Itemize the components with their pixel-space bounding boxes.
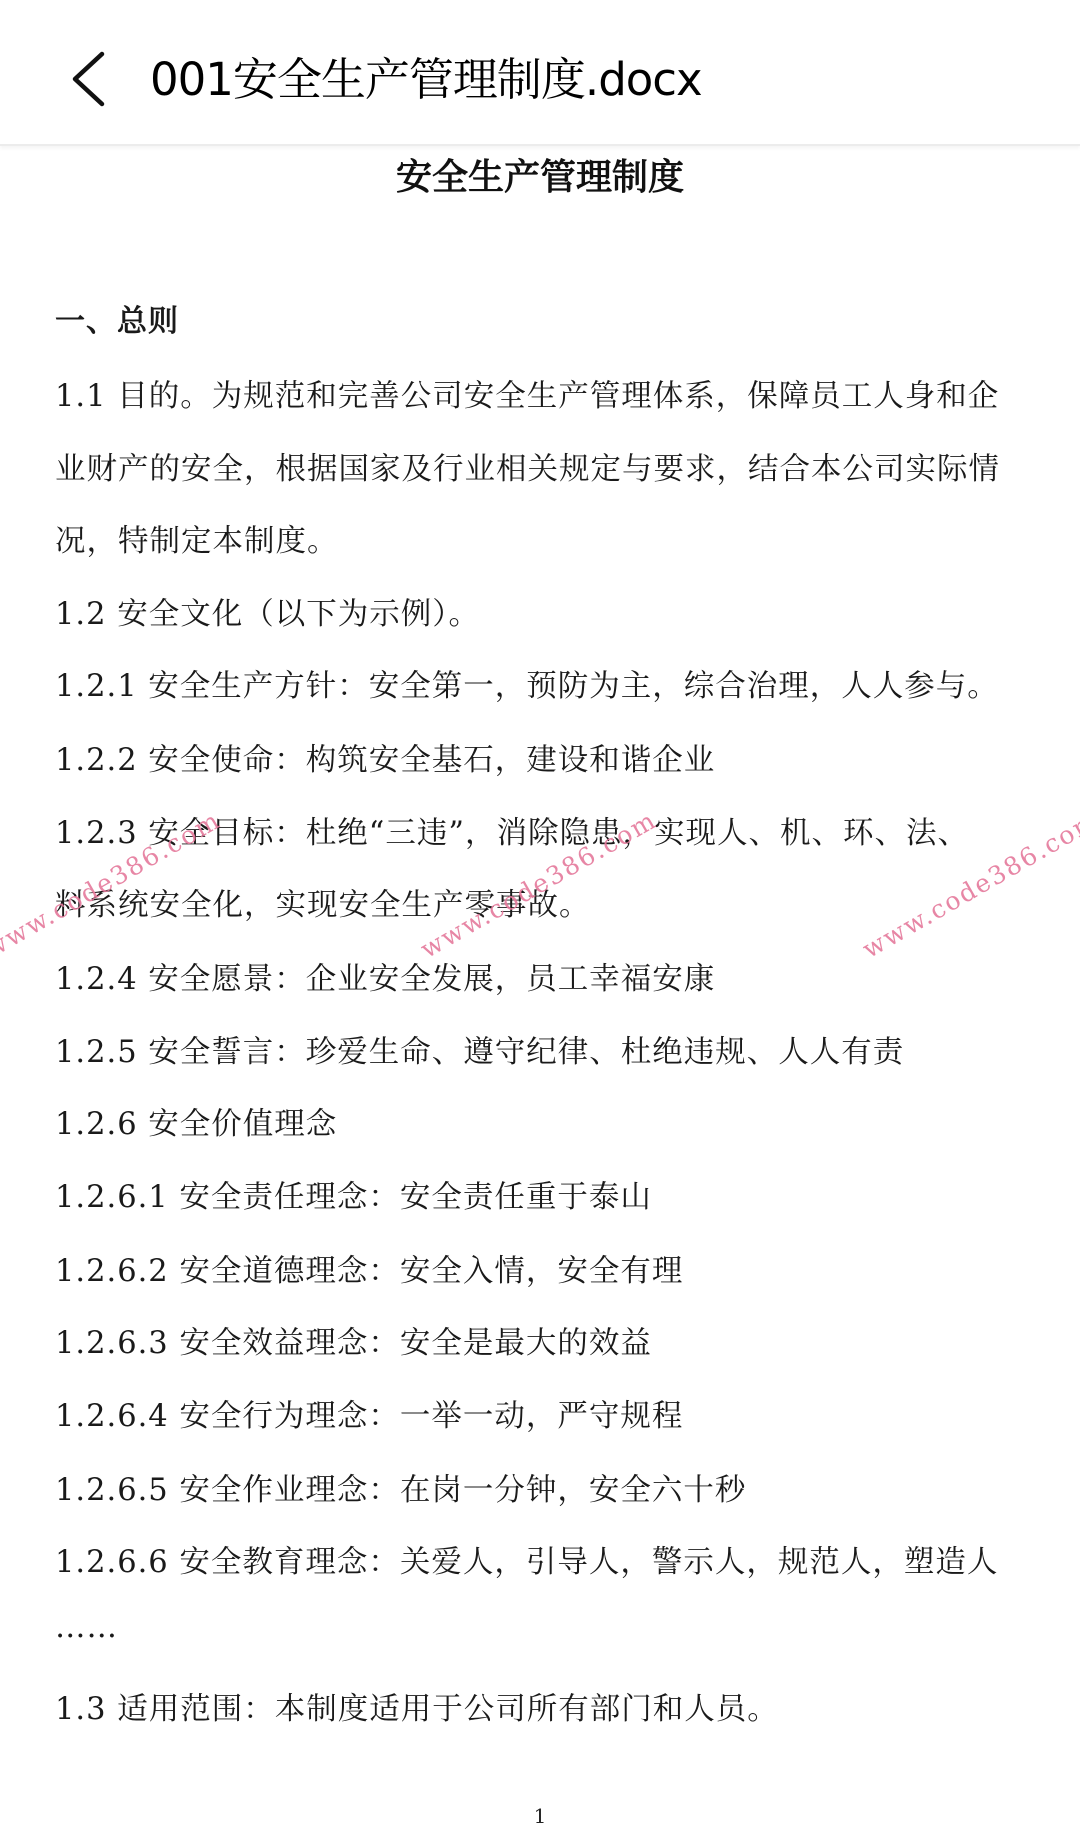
paragraph-line: 1.2 安全文化（以下为示例）。 [55, 595, 480, 635]
paragraph-line: 1.2.5 安全誓言：珍爱生命、遵守纪律、杜绝违规、人人有责 [55, 1033, 904, 1073]
paragraph-line: 1.2.4 安全愿景：企业安全发展，员工幸福安康 [55, 960, 715, 1000]
file-title: 001安全生产管理制度.docx [150, 50, 702, 110]
paragraph-line: 1.2.6.2 安全道德理念：安全入情，安全有理 [55, 1252, 683, 1292]
paragraph-line: 1.3 适用范围：本制度适用于公司所有部门和人员。 [55, 1690, 779, 1730]
paragraph-line: 况，特制定本制度。 [55, 522, 339, 562]
document-page: 安全生产管理制度 一、总则 1.1 目的。为规范和完善公司安全生产管理体系，保障… [0, 146, 1080, 1836]
paragraph-line: 1.2.2 安全使命：构筑安全基石，建设和谐企业 [55, 741, 715, 781]
ellipsis-line: …… [55, 1608, 118, 1648]
paragraph-line: 1.2.6.1 安全责任理念：安全责任重于泰山 [55, 1178, 652, 1218]
paragraph-line: 1.2.1 安全生产方针：安全第一，预防为主，综合治理，人人参与。 [55, 667, 999, 707]
paragraph-line: 料系统安全化，实现安全生产零事故。 [55, 886, 591, 926]
paragraph-line: 1.1 目的。为规范和完善公司安全生产管理体系，保障员工人身和企 [55, 377, 999, 417]
back-button[interactable] [60, 44, 116, 114]
paragraph-line: 1.2.6 安全价值理念 [55, 1105, 337, 1145]
paragraph-line: 1.2.3 安全目标：杜绝“三违”，消除隐患，实现人、机、环、法、 [55, 814, 969, 854]
chevron-left-icon [60, 44, 116, 114]
paragraph-line: 1.2.6.3 安全效益理念：安全是最大的效益 [55, 1324, 652, 1364]
paragraph-line: 1.2.6.4 安全行为理念：一举一动，严守规程 [55, 1397, 683, 1437]
paragraph-line: 1.2.6.6 安全教育理念：关爱人，引导人，警示人，规范人，塑造人 [55, 1543, 998, 1583]
paragraph-line: 业财产的安全，根据国家及行业相关规定与要求，结合本公司实际情 [55, 450, 1000, 490]
paragraph-line: 1.2.6.5 安全作业理念：在岗一分钟，安全六十秒 [55, 1471, 746, 1511]
page-number: 1 [0, 1804, 1080, 1828]
document-title: 安全生产管理制度 [0, 156, 1080, 198]
app-header: 001安全生产管理制度.docx [0, 0, 1080, 146]
section-heading: 一、总则 [55, 302, 179, 342]
